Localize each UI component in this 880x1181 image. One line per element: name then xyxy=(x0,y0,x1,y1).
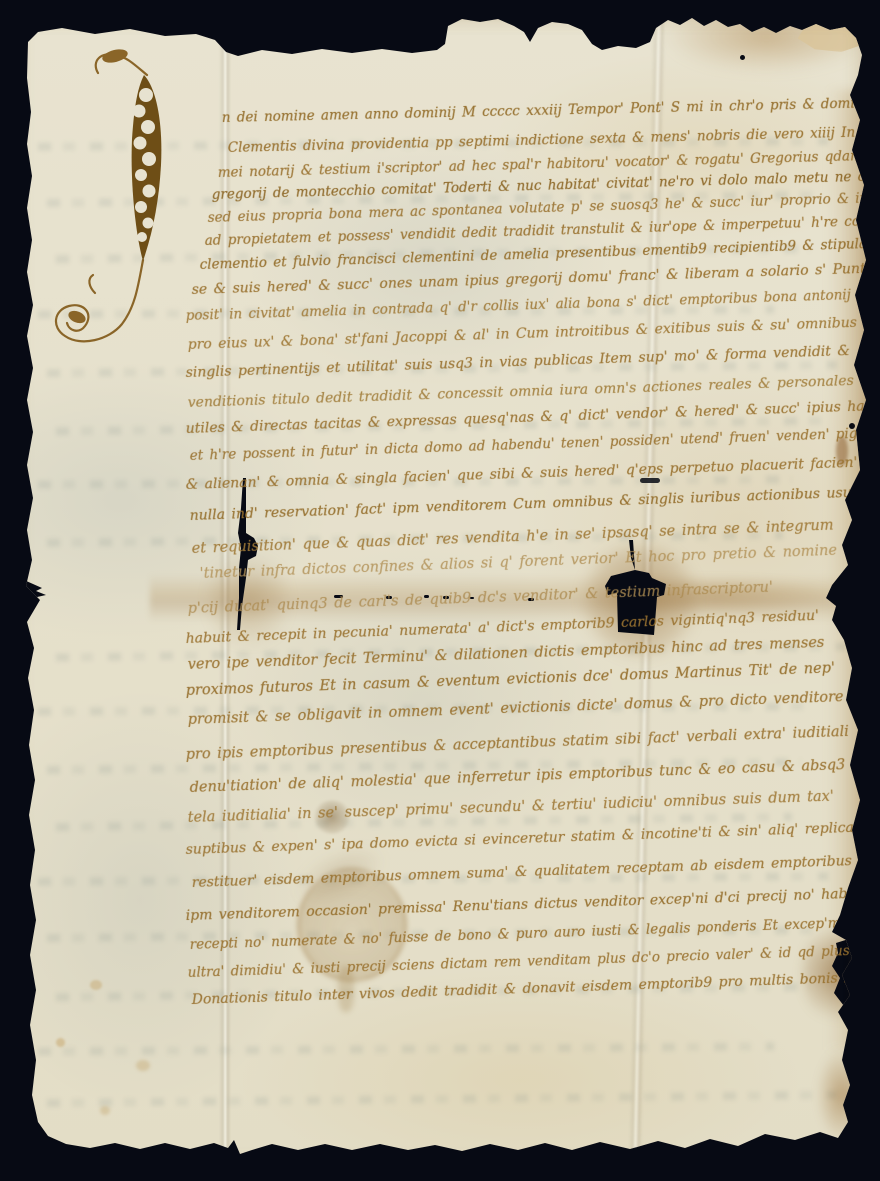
corner-curl-stain xyxy=(800,1040,860,1150)
ink-smear xyxy=(640,478,660,483)
manuscript-line: pro ipis emptoribus presentibus & accept… xyxy=(185,724,849,763)
foxing-spot xyxy=(90,980,102,990)
manuscript-line: suptibus & expen' s' ipa domo evicta si … xyxy=(185,820,863,858)
edge-browning-top-right xyxy=(640,14,870,104)
manuscript-line: p'cij ducat' quinq3 de carl's de quib9 d… xyxy=(187,580,773,617)
verso-text-streak xyxy=(38,1042,774,1055)
illuminated-initial xyxy=(25,35,205,365)
manuscript-line: tela iuditialia' in se' suscep' primu' s… xyxy=(187,789,834,826)
foxing-spot xyxy=(100,1106,110,1115)
foxing-spot xyxy=(56,1038,65,1047)
edge-browning-right xyxy=(828,90,874,1050)
parchment-page: n dei nomine amen anno dominij M ccccc x… xyxy=(0,0,880,1181)
manuscript-line: n dei nomine amen anno dominij M ccccc x… xyxy=(222,93,880,126)
verso-text-streak xyxy=(47,1091,837,1107)
edge-speck xyxy=(740,55,745,60)
photograph-of-manuscript: n dei nomine amen anno dominij M ccccc x… xyxy=(0,0,880,1181)
manuscript-line: restituer' eisdem emptoribus omnem suma'… xyxy=(191,852,880,891)
edge-tear-left xyxy=(24,576,50,604)
foxing-spot xyxy=(136,1060,150,1071)
folded-tab-top-right xyxy=(795,18,861,52)
manuscript-line: nulla ind' reservation' fact' ipm vendit… xyxy=(189,485,852,524)
